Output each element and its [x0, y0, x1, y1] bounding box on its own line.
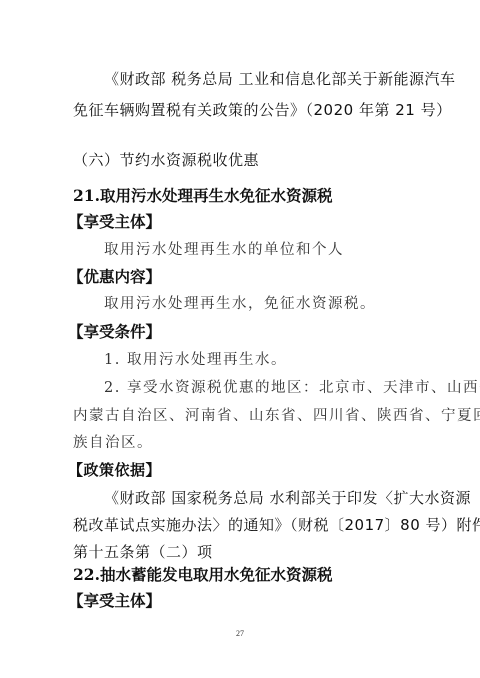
- item21-subject-text: 取用污水处理再生水的单位和个人: [104, 240, 344, 260]
- item21-basis-line3: 第十五条第（二）项: [73, 542, 213, 562]
- intro-citation-line2: 免征车辆购置税有关政策的公告》（2020 年第 21 号）: [73, 100, 452, 120]
- item21-basis-line2: 税改革试点实施办法〉的通知》（财税〔2017〕80 号）附件: [73, 515, 480, 535]
- item22-subject-label: 【享受主体】: [68, 591, 161, 611]
- item21-subject-label: 【享受主体】: [68, 212, 161, 232]
- item21-condition-1: 1. 取用污水处理再生水。: [104, 350, 287, 370]
- item21-condition-2-line2: 内蒙古自治区、河南省、山东省、四川省、陕西省、宁夏回: [73, 406, 480, 426]
- item22-title: 22.抽水蓄能发电取用水免征水资源税: [73, 565, 332, 585]
- intro-citation-line1: 《财政部 税务总局 工业和信息化部关于新能源汽车: [104, 69, 456, 89]
- item21-title: 21.取用污水处理再生水免征水资源税: [73, 186, 332, 206]
- item21-basis-label: 【政策依据】: [68, 460, 161, 480]
- item21-basis-line1: 《财政部 国家税务总局 水利部关于印发〈扩大水资源: [104, 488, 471, 508]
- section-heading: （六）节约水资源税收优惠: [73, 150, 259, 170]
- item21-conditions-label: 【享受条件】: [68, 322, 161, 342]
- page-number: 27: [0, 629, 480, 638]
- item21-condition-2-line3: 族自治区。: [73, 433, 153, 453]
- item21-content-label: 【优惠内容】: [68, 267, 161, 287]
- item21-content-text: 取用污水处理再生水，免征水资源税。: [104, 294, 376, 314]
- item21-condition-2-line1: 2. 享受水资源税优惠的地区：北京市、天津市、山西省、: [104, 378, 480, 398]
